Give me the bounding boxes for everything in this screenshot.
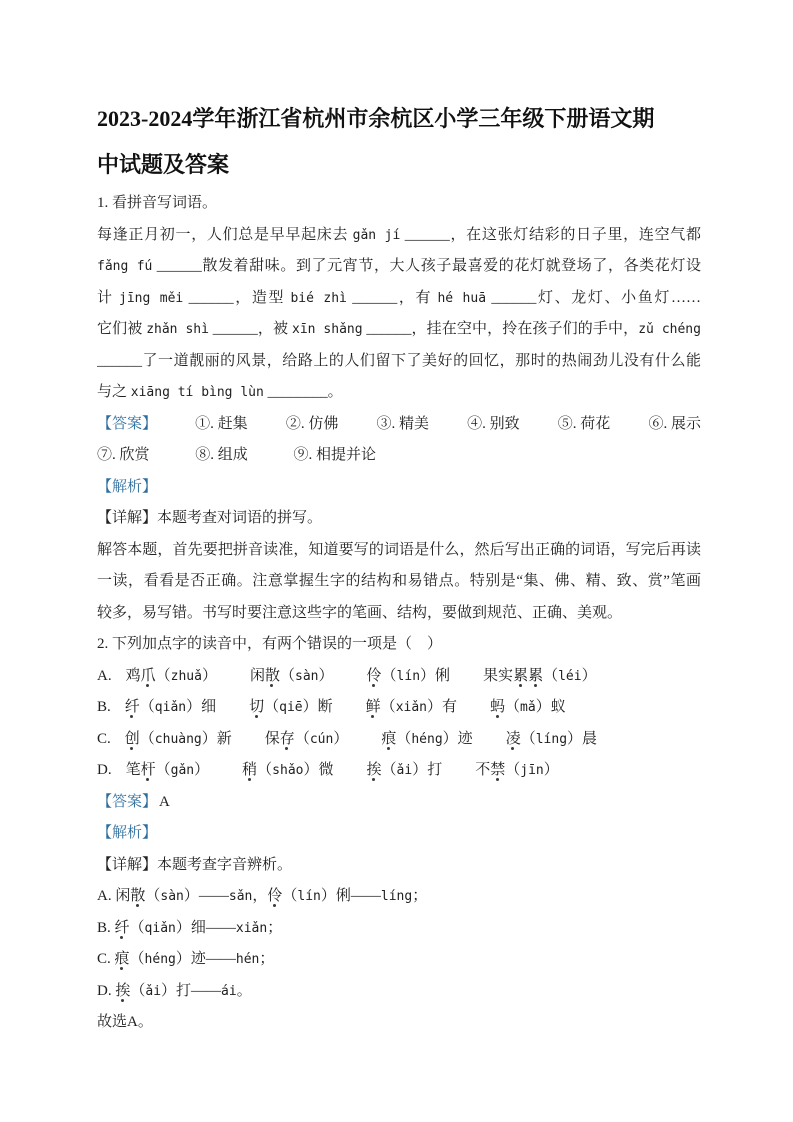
q1-answer-item-3: ③. 精美 (376, 409, 429, 441)
q2-analysis-row: 【解析】 (97, 818, 701, 850)
q2-option-a-item-3: 伶（lín）俐 (367, 661, 451, 693)
q1-detail-line-2: 解答本题，首先要把拼音读准，知道要写的词语是什么，然后写出正确的词语，写完后再读 (97, 535, 701, 567)
q2-conclusion: 故选A。 (97, 1007, 701, 1039)
q1-answer-row-1: 【答案】 ①. 赶集 ②. 仿佛 ③. 精美 ④. 别致 ⑤. 荷花 ⑥. 展示 (97, 409, 701, 441)
q2-option-b-label: B. (97, 692, 111, 724)
q1-passage-line-6: 与之 xiāng tí bìng lùn ________。 (97, 377, 701, 409)
q2-option-b-item-1: 纤（qiǎn）细 (125, 692, 216, 724)
q1-passage-line-1: 每逢正月初一，人们总是早早起床去 gǎn jí ______，在这张灯结彩的日子… (97, 220, 701, 252)
q1-passage-line-4: 它们被 zhǎn shì ______，被 xīn shǎng ______，挂… (97, 314, 701, 346)
q2-option-c-label: C. (97, 724, 111, 756)
q2-option-c-item-3: 痕（héng）迹 (381, 724, 472, 756)
q2-detail-line-4: C. 痕（héng）迹——hén； (97, 944, 701, 976)
q2-detail-line-3: B. 纤（qiǎn）细——xiǎn； (97, 913, 701, 945)
q1-heading: 1. 看拼音写词语。 (97, 188, 701, 220)
q2-option-d-item-2: 稍（shǎo）微 (242, 755, 333, 787)
q2-answer-label: 【答案】 (97, 794, 157, 810)
q1-answer-item-9: ⑨. 相提并论 (294, 447, 377, 463)
q2-option-a-item-1: 鸡爪（zhuǎ） (126, 661, 217, 693)
q2-option-d: D. 笔杆（gǎn） 稍（shǎo）微 挨（ǎi）打 不禁（jīn） (97, 755, 701, 787)
document-title: 2023-2024学年浙江省杭州市余杭区小学三年级下册语文期 中试题及答案 (97, 96, 701, 188)
q2-option-d-item-1: 笔杆（gǎn） (126, 755, 210, 787)
q1-detail-line-3: 一读，看看是否正确。注意掌握生字的结构和易错点。特别是“集、佛、精、致、赏”笔画 (97, 566, 701, 598)
q1-passage-line-2: fǎng fú ______散发着甜味。到了元宵节，大人孩子最喜爱的花灯就登场了… (97, 251, 701, 283)
q1-answer-item-5: ⑤. 荷花 (558, 409, 611, 441)
q2-detail-line-1: 【详解】本题考查字音辨析。 (97, 850, 701, 882)
q1-answer-label: 【答案】 (97, 409, 157, 441)
q2-option-a-item-2: 闲散（sàn） (250, 661, 334, 693)
q2-detail-line-5: D. 挨（ǎi）打——ái。 (97, 976, 701, 1008)
q1-answer-item-6: ⑥. 展示 (648, 409, 701, 441)
q2-analysis-label: 【解析】 (97, 825, 157, 841)
q2-option-b-item-4: 蚂（mǎ）蚁 (490, 692, 566, 724)
q1-analysis-row: 【解析】 (97, 472, 701, 504)
q2-option-d-item-4: 不禁（jīn） (475, 755, 559, 787)
q2-heading: 2. 下列加点字的读音中，有两个错误的一项是（ ） (97, 629, 701, 661)
q2-option-c-item-1: 创（chuàng）新 (125, 724, 232, 756)
q2-option-c-item-4: 凌（líng）晨 (506, 724, 597, 756)
q2-option-c: C. 创（chuàng）新 保存（cún） 痕（héng）迹 凌（líng）晨 (97, 724, 701, 756)
q1-answer-item-1: ①. 赶集 (195, 409, 248, 441)
q2-option-b: B. 纤（qiǎn）细 切（qiē）断 鲜（xiǎn）有 蚂（mǎ）蚁 (97, 692, 701, 724)
q1-answer-row-2: ⑦. 欣赏 ⑧. 组成 ⑨. 相提并论 (97, 440, 701, 472)
q2-option-b-item-2: 切（qiē）断 (249, 692, 333, 724)
q2-option-a-label: A. (97, 661, 112, 693)
exam-page: 2023-2024学年浙江省杭州市余杭区小学三年级下册语文期 中试题及答案 1.… (0, 0, 793, 1122)
q1-passage-line-3: 计 jīng měi ______，造型 bié zhì ______，有 hé… (97, 283, 701, 315)
q1-answer-item-4: ④. 别致 (467, 409, 520, 441)
q2-detail-line-2: A. 闲散（sàn）——sǎn，伶（lín）俐——líng； (97, 881, 701, 913)
q1-passage-line-5: ______了一道靓丽的风景，给路上的人们留下了美好的回忆，那时的热闹劲儿没有什… (97, 346, 701, 378)
q1-answer-item-2: ②. 仿佛 (286, 409, 339, 441)
q2-option-a: A. 鸡爪（zhuǎ） 闲散（sàn） 伶（lín）俐 果实累累（léi） (97, 661, 701, 693)
q2-answer-value: A (159, 794, 170, 810)
q2-answer-row: 【答案】A (97, 787, 701, 819)
q1-detail-line-1: 【详解】本题考查对词语的拼写。 (97, 503, 701, 535)
q2-option-c-item-2: 保存（cún） (265, 724, 349, 756)
q1-answer-item-8: ⑧. 组成 (195, 447, 248, 463)
q1-answer-item-7: ⑦. 欣赏 (97, 447, 150, 463)
title-line-1: 2023-2024学年浙江省杭州市余杭区小学三年级下册语文期 (97, 96, 701, 142)
q2-option-d-label: D. (97, 755, 112, 787)
q1-analysis-label: 【解析】 (97, 479, 157, 495)
title-line-2: 中试题及答案 (97, 142, 701, 188)
q1-detail-line-4: 较多，易写错。书写时要注意这些字的笔画、结构，要做到规范、正确、美观。 (97, 598, 701, 630)
q2-option-a-item-4: 果实累累（léi） (483, 661, 597, 693)
q2-option-b-item-3: 鲜（xiǎn）有 (366, 692, 457, 724)
q2-option-d-item-3: 挨（ǎi）打 (367, 755, 443, 787)
